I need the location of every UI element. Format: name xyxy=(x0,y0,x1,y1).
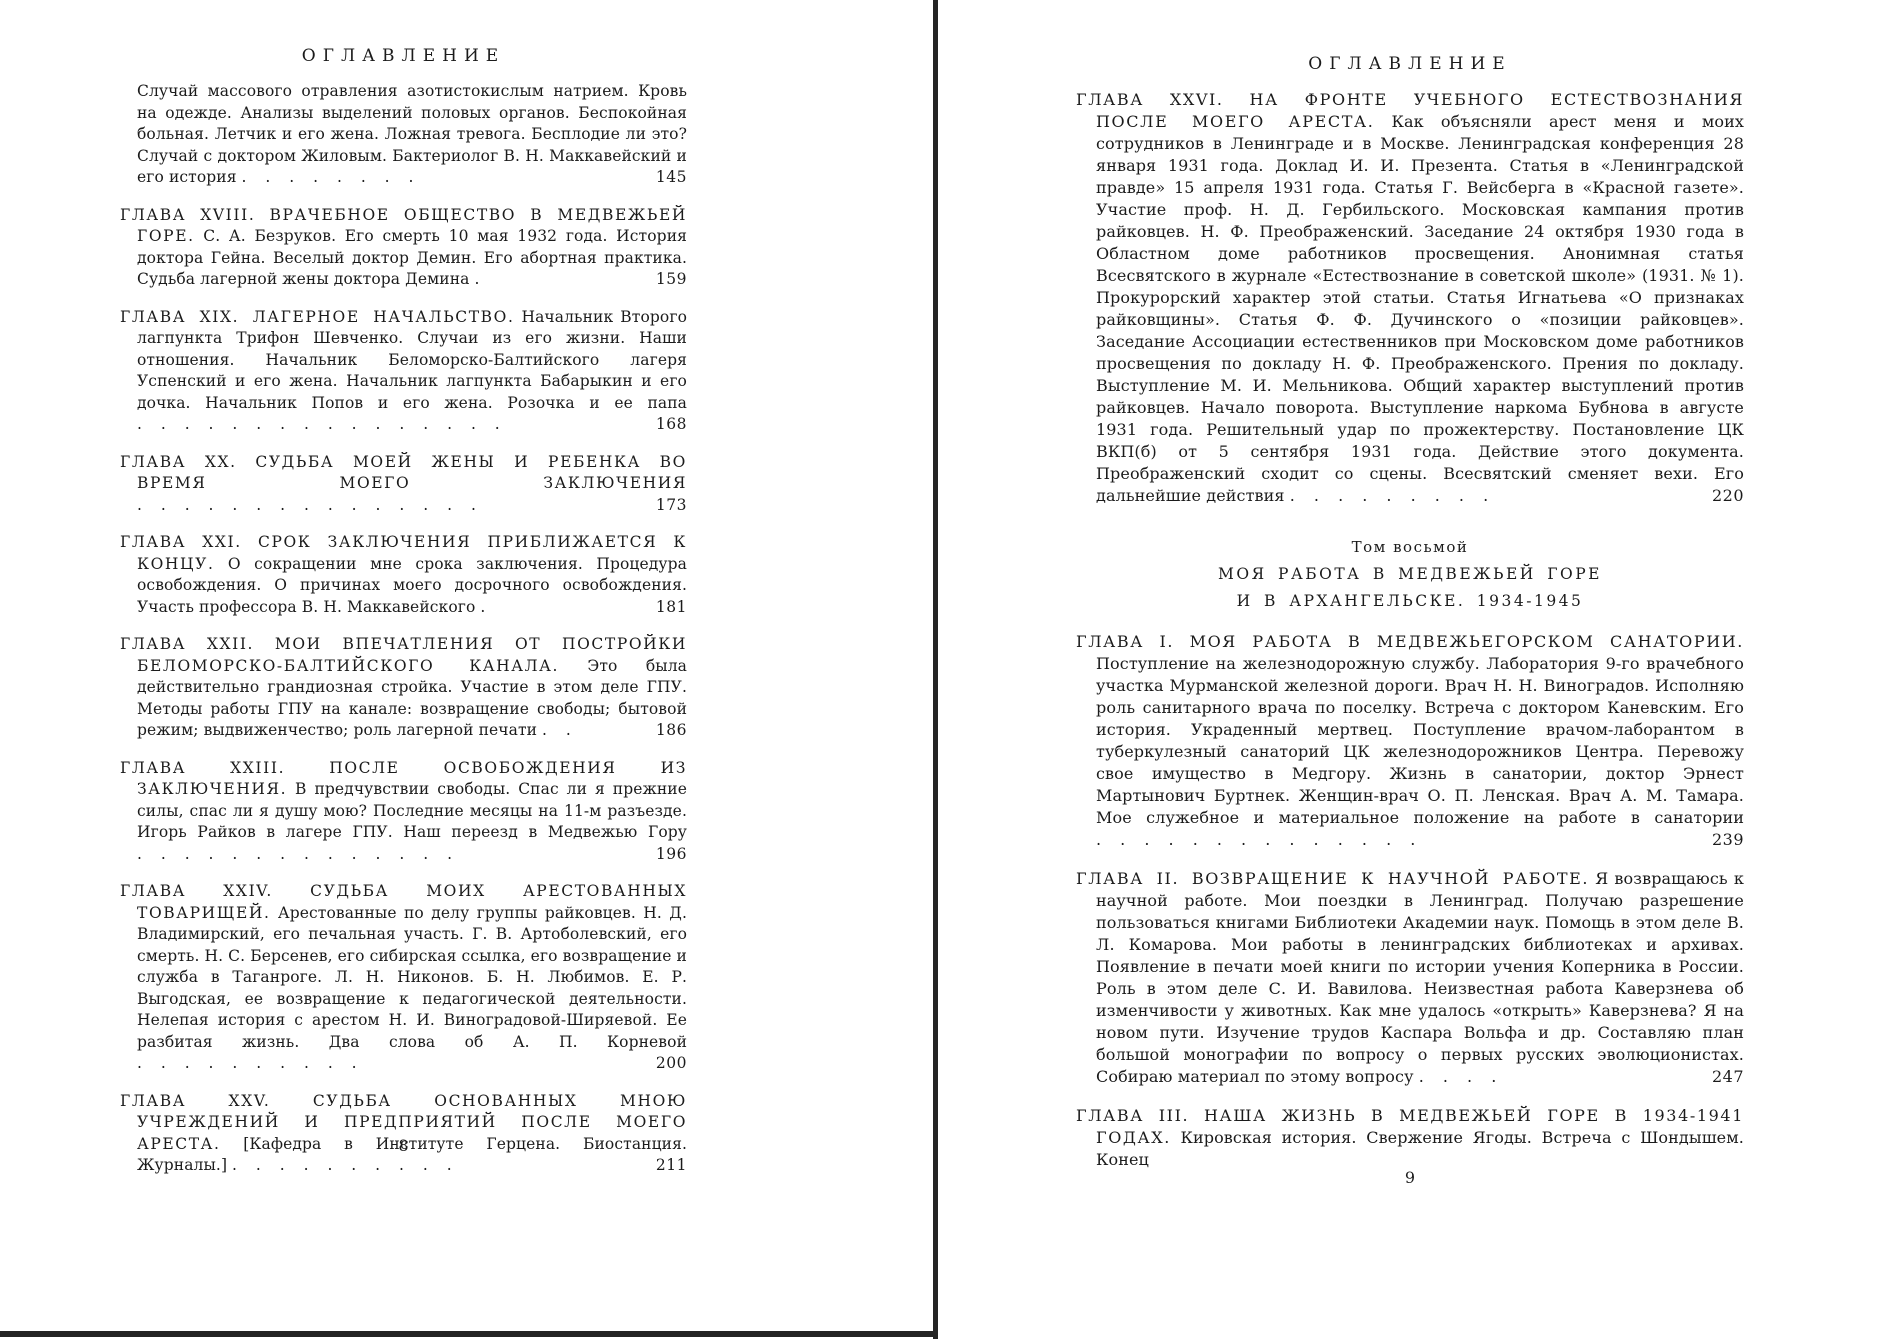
toc-entry: ГЛАВА XXV. СУДЬБА ОСНОВАННЫХ МНОЮ УЧРЕЖД… xyxy=(120,1091,687,1177)
toc-entry: ГЛАВА XVIII. ВРАЧЕБНОЕ ОБЩЕСТВО В МЕДВЕЖ… xyxy=(120,205,687,291)
toc-entry-continuation: Случай массового отравления азотистокисл… xyxy=(120,81,687,189)
toc-title-right: ОГЛАВЛЕНИЕ xyxy=(1076,55,1744,73)
dot-leader: . . . . . . . . . . . . . . . xyxy=(137,496,476,514)
chapter-page-number: 159 xyxy=(646,269,687,291)
dot-leader: . xyxy=(474,270,479,288)
toc-entry: ГЛАВА XXI. СРОК ЗАКЛЮЧЕНИЯ ПРИБЛИЖАЕТСЯ … xyxy=(120,532,687,618)
toc-entry: ГЛАВА II. ВОЗВРАЩЕНИЕ К НАУЧНОЙ РАБОТЕ. … xyxy=(1076,868,1744,1088)
dot-leader: . . . . . . . . . . xyxy=(137,1054,357,1072)
dot-leader: . . . . . . . . . . . . . . xyxy=(1096,830,1415,849)
volume-number-line: Том восьмой xyxy=(1076,534,1744,561)
dot-leader: . . . . . . . . xyxy=(242,168,414,186)
chapter-page-number: 145 xyxy=(646,167,687,189)
chapter-description: Кировская история. Свержение Ягоды. Встр… xyxy=(1096,1128,1744,1169)
dot-leader: . . . . . . . . . . . . . . xyxy=(137,845,452,863)
toc-entry: ГЛАВА I. МОЯ РАБОТА В МЕДВЕЖЬЕГОРСКОМ СА… xyxy=(1076,631,1744,851)
toc-entry: ГЛАВА XXVI. НА ФРОНТЕ УЧЕБНОГО ЕСТЕСТВОЗ… xyxy=(1076,89,1744,507)
folio-number-right: 9 xyxy=(1076,1168,1744,1187)
chapter-page-number: 211 xyxy=(646,1155,687,1177)
toc-entry: ГЛАВА XXIV. СУДЬБА МОИХ АРЕСТОВАННЫХ ТОВ… xyxy=(120,881,687,1075)
chapter-description: С. А. Безруков. Его смерть 10 мая 1932 г… xyxy=(137,227,687,288)
volume-title-line-2: И В АРХАНГЕЛЬСКЕ. 1934-1945 xyxy=(1076,588,1744,615)
chapter-description: Я возвращаюсь к научной работе. Мои поез… xyxy=(1096,869,1744,1086)
dot-leader: . xyxy=(480,598,485,616)
dot-leader: . . xyxy=(542,721,571,739)
dot-leader: . . . . . . . . . . xyxy=(232,1156,452,1174)
chapter-page-number: 220 xyxy=(1702,485,1744,507)
right-page: ОГЛАВЛЕНИЕ ГЛАВА XXVI. НА ФРОНТЕ УЧЕБНОГ… xyxy=(1076,48,1744,1308)
volume-section-heading: Том восьмой МОЯ РАБОТА В МЕДВЕЖЬЕЙ ГОРЕ … xyxy=(1076,534,1744,615)
toc-title-left: ОГЛАВЛЕНИЕ xyxy=(120,47,687,65)
chapter-page-number: 196 xyxy=(646,844,687,866)
chapter-page-number: 200 xyxy=(646,1053,687,1075)
toc-entry: ГЛАВА III. НАША ЖИЗНЬ В МЕДВЕЖЬЕЙ ГОРЕ В… xyxy=(1076,1105,1744,1171)
dot-leader: . . . . xyxy=(1419,1067,1497,1086)
chapter-page-number: 181 xyxy=(646,597,687,619)
chapter-heading: ГЛАВА II. ВОЗВРАЩЕНИЕ К НАУЧНОЙ РАБОТЕ. xyxy=(1076,869,1589,888)
chapter-page-number: 168 xyxy=(646,414,687,436)
chapter-description: О сокращении мне срока заключения. Проце… xyxy=(137,555,687,616)
folio-number-left: 8 xyxy=(120,1136,687,1155)
toc-entry: ГЛАВА XIX. ЛАГЕРНОЕ НАЧАЛЬСТВО. Начальни… xyxy=(120,307,687,436)
left-page: ОГЛАВЛЕНИЕ Случай массового отравления а… xyxy=(120,40,687,1300)
page-edge-vertical-line xyxy=(933,0,938,1339)
chapter-heading: ГЛАВА XX. СУДЬБА МОЕЙ ЖЕНЫ И РЕБЕНКА ВО … xyxy=(120,453,687,493)
dot-leader: . . . . . . . . . xyxy=(1290,486,1488,505)
chapter-page-number: 186 xyxy=(646,720,687,742)
toc-entry: ГЛАВА XX. СУДЬБА МОЕЙ ЖЕНЫ И РЕБЕНКА ВО … xyxy=(120,452,687,517)
chapter-description: Поступление на железнодорожную службу. Л… xyxy=(1096,654,1744,827)
chapter-heading: ГЛАВА I. МОЯ РАБОТА В МЕДВЕЖЬЕГОРСКОМ СА… xyxy=(1076,632,1744,651)
dot-leader: . . . . . . . . . . . . . . . . xyxy=(137,415,500,433)
chapter-description: Арестованные по делу группы райковцев. Н… xyxy=(137,904,687,1051)
chapter-page-number: 247 xyxy=(1702,1066,1744,1088)
chapter-page-number: 173 xyxy=(646,495,687,517)
chapter-description: Как объясняли арест меня и моих сотрудни… xyxy=(1096,112,1744,505)
toc-entry: ГЛАВА XXIII. ПОСЛЕ ОСВОБОЖДЕНИЯ ИЗ ЗАКЛЮ… xyxy=(120,758,687,866)
page-edge-bottom-line xyxy=(0,1331,938,1337)
chapter-page-number: 239 xyxy=(1702,829,1744,851)
chapter-heading: ГЛАВА XIX. ЛАГЕРНОЕ НАЧАЛЬСТВО. xyxy=(120,308,514,326)
volume-title-line-1: МОЯ РАБОТА В МЕДВЕЖЬЕЙ ГОРЕ xyxy=(1076,561,1744,588)
toc-entry: ГЛАВА XXII. МОИ ВПЕЧАТЛЕНИЯ ОТ ПОСТРОЙКИ… xyxy=(120,634,687,742)
